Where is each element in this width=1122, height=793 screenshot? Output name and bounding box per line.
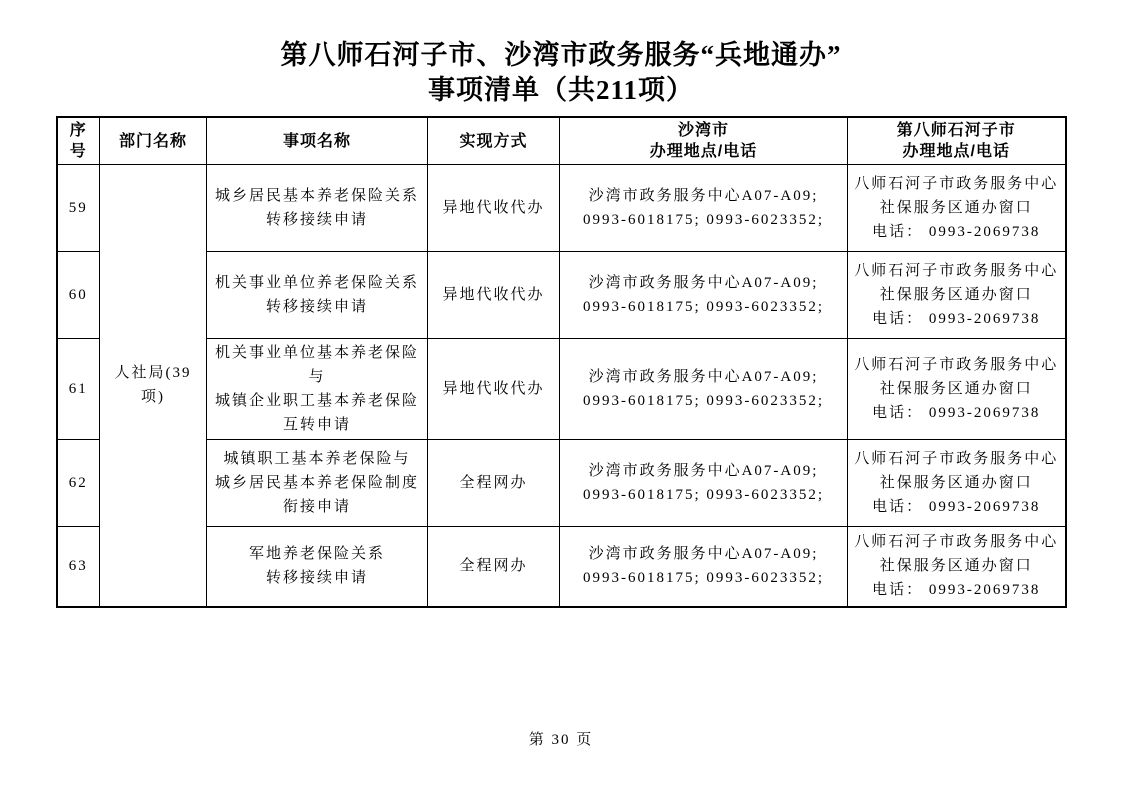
item-name: 机关事业单位基本养老保险与 城镇企业职工基本养老保险 互转申请 xyxy=(207,339,428,440)
item-name: 军地养老保险关系 转移接续申请 xyxy=(207,527,428,607)
title-line-2: 事项清单（共211项） xyxy=(0,73,1122,108)
row-index: 60 xyxy=(57,252,100,339)
shihezi-contact: 八师石河子市政务服务中心 社保服务区通办窗口 电话： 0993-2069738 xyxy=(848,165,1066,252)
shihezi-contact: 八师石河子市政务服务中心 社保服务区通办窗口 电话： 0993-2069738 xyxy=(848,440,1066,527)
header-index: 序号 xyxy=(57,117,100,165)
shihezi-contact: 八师石河子市政务服务中心 社保服务区通办窗口 电话： 0993-2069738 xyxy=(848,527,1066,607)
header-item: 事项名称 xyxy=(207,117,428,165)
header-department: 部门名称 xyxy=(100,117,207,165)
table-header-row: 序号 部门名称 事项名称 实现方式 沙湾市 办理地点/电话 第八师石河子市 办理… xyxy=(57,117,1066,165)
department-cell: 人社局(39项) xyxy=(100,165,207,607)
method: 全程网办 xyxy=(428,527,560,607)
method: 异地代收代办 xyxy=(428,252,560,339)
table-row: 60 机关事业单位养老保险关系 转移接续申请 异地代收代办 沙湾市政务服务中心A… xyxy=(57,252,1066,339)
document-page: 第八师石河子市、沙湾市政务服务“兵地通办” 事项清单（共211项） 序号 部门名… xyxy=(0,0,1122,793)
method: 异地代收代办 xyxy=(428,339,560,440)
service-items-table: 序号 部门名称 事项名称 实现方式 沙湾市 办理地点/电话 第八师石河子市 办理… xyxy=(56,116,1067,608)
table-row: 59 人社局(39项) 城乡居民基本养老保险关系 转移接续申请 异地代收代办 沙… xyxy=(57,165,1066,252)
header-shihezi: 第八师石河子市 办理地点/电话 xyxy=(848,117,1066,165)
header-method: 实现方式 xyxy=(428,117,560,165)
page-number: 第 30 页 xyxy=(0,728,1122,749)
shawan-contact: 沙湾市政务服务中心A07-A09; 0993-6018175; 0993-602… xyxy=(560,165,848,252)
item-name: 城乡居民基本养老保险关系 转移接续申请 xyxy=(207,165,428,252)
header-shawan: 沙湾市 办理地点/电话 xyxy=(560,117,848,165)
shawan-contact: 沙湾市政务服务中心A07-A09; 0993-6018175; 0993-602… xyxy=(560,339,848,440)
method: 全程网办 xyxy=(428,440,560,527)
row-index: 59 xyxy=(57,165,100,252)
title-line-1: 第八师石河子市、沙湾市政务服务“兵地通办” xyxy=(0,38,1122,73)
row-index: 62 xyxy=(57,440,100,527)
item-name: 城镇职工基本养老保险与 城乡居民基本养老保险制度 衔接申请 xyxy=(207,440,428,527)
table-row: 63 军地养老保险关系 转移接续申请 全程网办 沙湾市政务服务中心A07-A09… xyxy=(57,527,1066,607)
row-index: 63 xyxy=(57,527,100,607)
method: 异地代收代办 xyxy=(428,165,560,252)
document-title: 第八师石河子市、沙湾市政务服务“兵地通办” 事项清单（共211项） xyxy=(0,0,1122,108)
table-row: 62 城镇职工基本养老保险与 城乡居民基本养老保险制度 衔接申请 全程网办 沙湾… xyxy=(57,440,1066,527)
shihezi-contact: 八师石河子市政务服务中心 社保服务区通办窗口 电话： 0993-2069738 xyxy=(848,339,1066,440)
item-name: 机关事业单位养老保险关系 转移接续申请 xyxy=(207,252,428,339)
shawan-contact: 沙湾市政务服务中心A07-A09; 0993-6018175; 0993-602… xyxy=(560,440,848,527)
row-index: 61 xyxy=(57,339,100,440)
shawan-contact: 沙湾市政务服务中心A07-A09; 0993-6018175; 0993-602… xyxy=(560,527,848,607)
shawan-contact: 沙湾市政务服务中心A07-A09; 0993-6018175; 0993-602… xyxy=(560,252,848,339)
shihezi-contact: 八师石河子市政务服务中心 社保服务区通办窗口 电话： 0993-2069738 xyxy=(848,252,1066,339)
table-row: 61 机关事业单位基本养老保险与 城镇企业职工基本养老保险 互转申请 异地代收代… xyxy=(57,339,1066,440)
